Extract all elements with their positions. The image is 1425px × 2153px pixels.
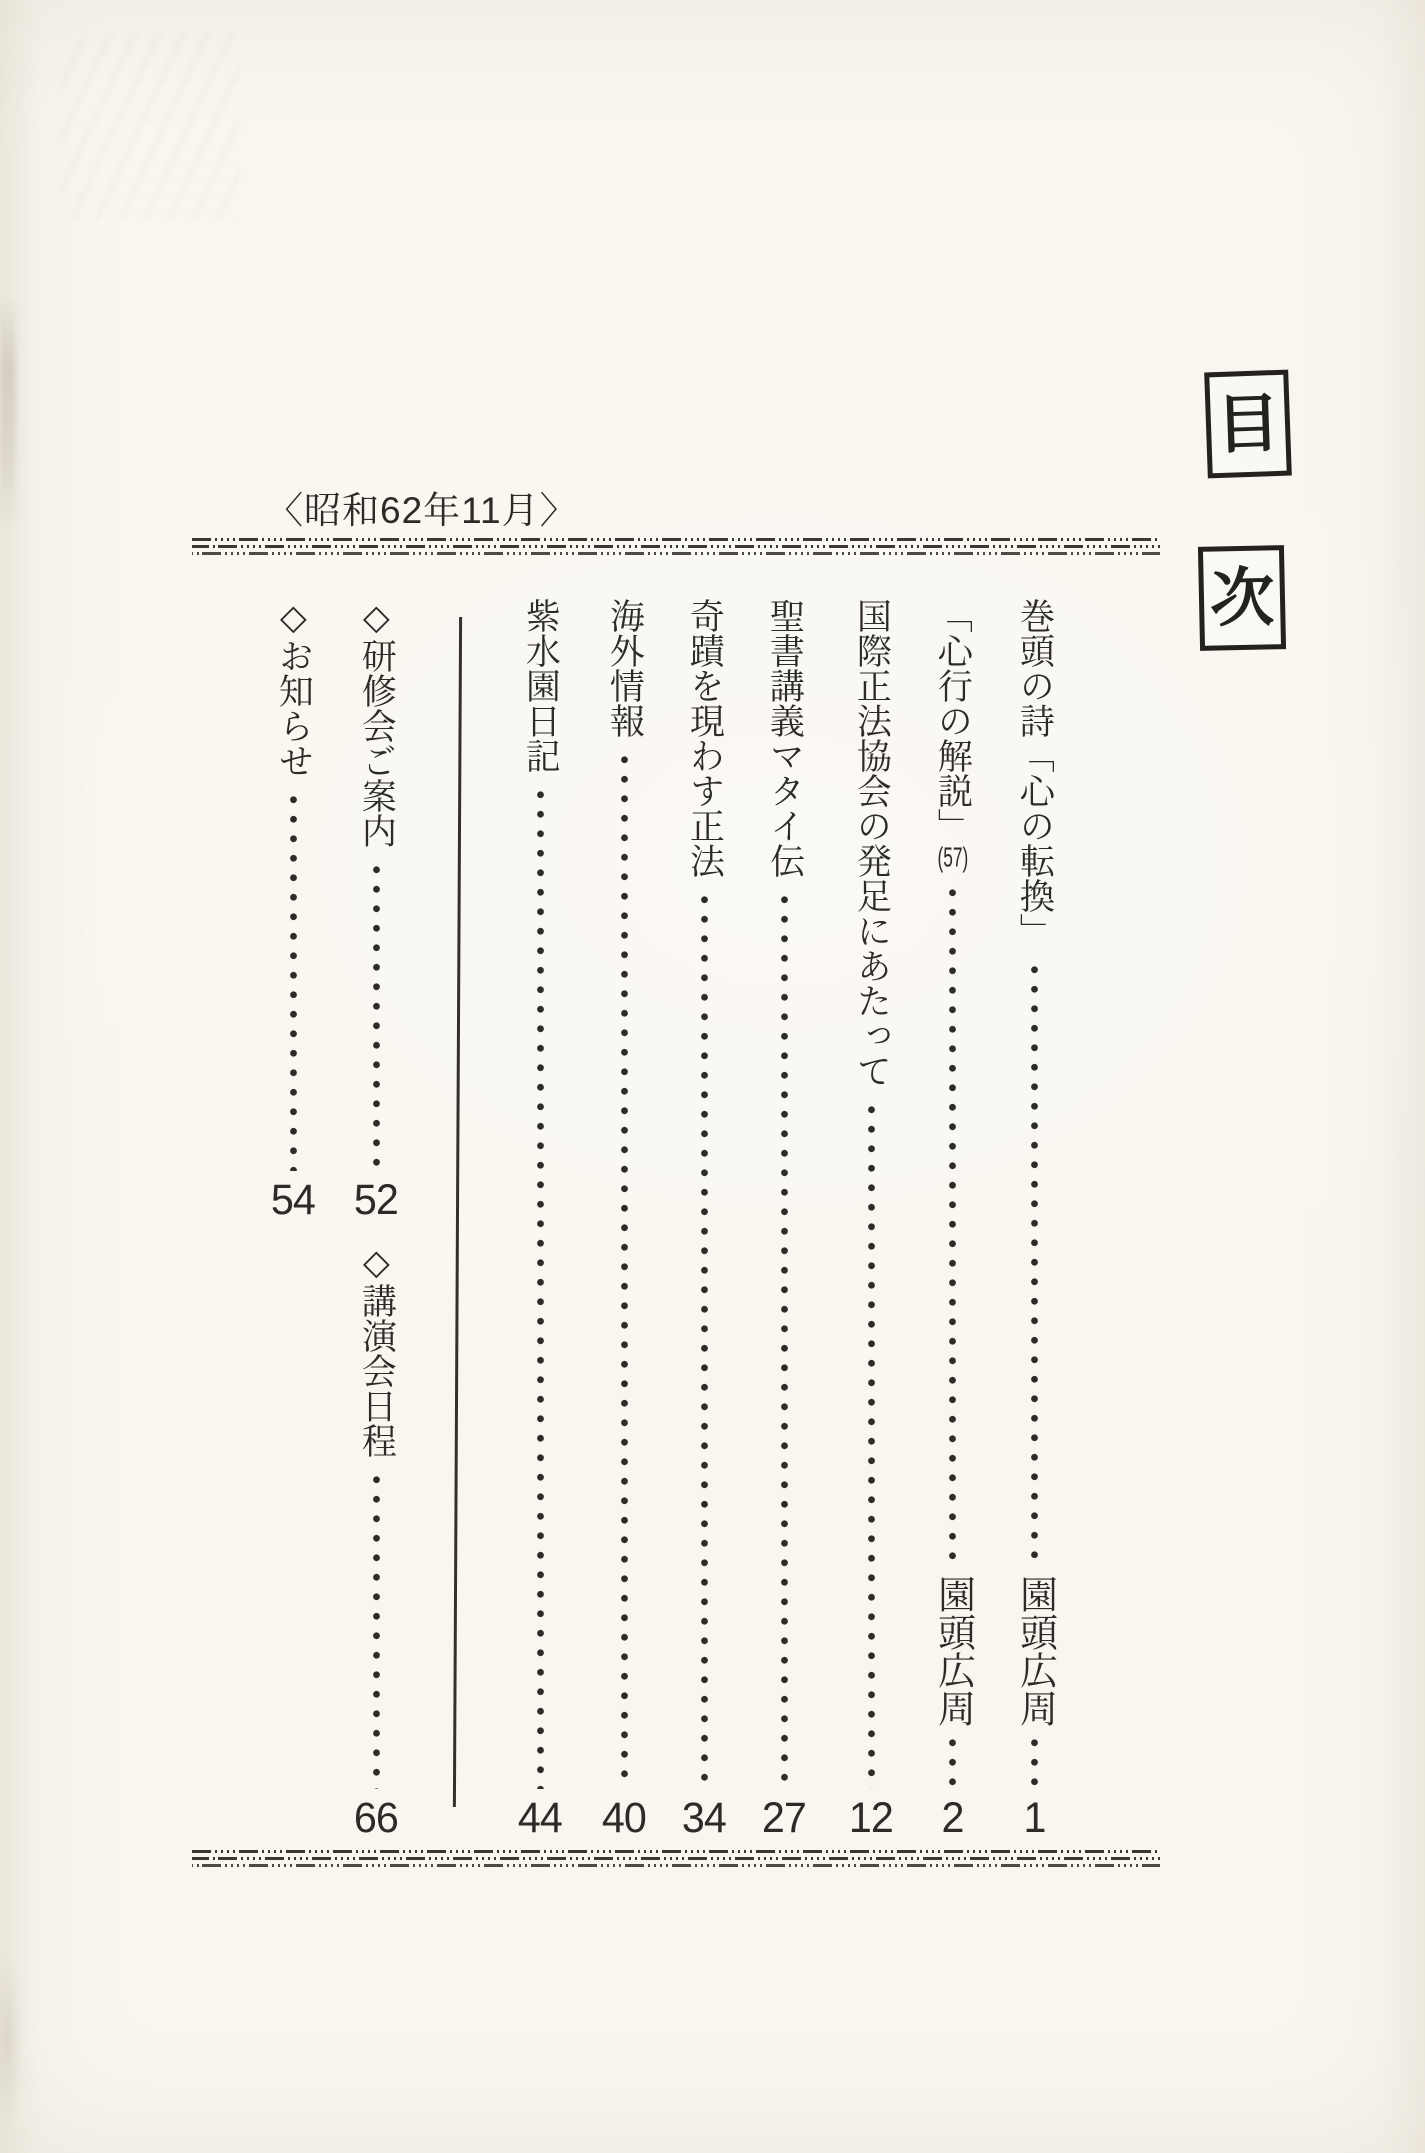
dot-leader bbox=[536, 785, 545, 1789]
dot-leader bbox=[1030, 1733, 1039, 1791]
bottom-decorative-rule bbox=[192, 1850, 1160, 1871]
entry-author: 園頭広周 bbox=[1013, 1575, 1054, 1727]
scan-artifact bbox=[60, 30, 240, 220]
toc-entry: 海外情報 40 bbox=[596, 598, 652, 1840]
entry-title-text: 国際正法協会の発足にあたって bbox=[852, 598, 891, 1088]
toc-entry: 「心行の解説」(57) 園頭広周 2 bbox=[924, 598, 980, 1840]
toc-entry: ◇講演会日程 66 bbox=[348, 1243, 404, 1840]
entry-author: 園頭広周 bbox=[931, 1575, 972, 1727]
section-divider-line bbox=[453, 617, 462, 1807]
dot-leader bbox=[867, 1100, 876, 1789]
toc-entry: 奇蹟を現わす正法 34 bbox=[676, 598, 732, 1840]
entry-title: ◇講演会日程 bbox=[358, 1243, 395, 1458]
entry-title: ◇お知らせ bbox=[275, 598, 312, 778]
dot-leader bbox=[948, 1733, 957, 1791]
entry-page-number: 2 bbox=[941, 1797, 963, 1840]
dot-leader bbox=[372, 860, 381, 1171]
entry-installment-number: (57) bbox=[937, 843, 968, 871]
entry-title: 聖書講義マタイ伝 bbox=[766, 598, 803, 878]
entry-title: ◇研修会ご案内 bbox=[358, 598, 395, 848]
entry-page-number: 34 bbox=[682, 1797, 726, 1840]
page-title-box-me: 目 bbox=[1204, 370, 1292, 479]
entry-title-text: 巻頭の詩「心の転換」 bbox=[1015, 598, 1054, 948]
entry-page-number: 27 bbox=[762, 1797, 806, 1840]
page-title-box-ji: 次 bbox=[1198, 545, 1286, 651]
toc-entry: 紫水園日記 44 bbox=[512, 598, 568, 1840]
entry-title: 国際正法協会の発足にあたって bbox=[853, 598, 890, 1088]
scan-artifact bbox=[0, 295, 16, 530]
entry-title: 巻頭の詩「心の転換」 bbox=[1016, 598, 1053, 948]
entry-title: 「心行の解説」(57) bbox=[934, 598, 971, 871]
issue-date: 〈昭和62年11月〉 bbox=[266, 480, 578, 534]
page-title-char: 次 bbox=[1209, 565, 1274, 630]
entry-page-number: 12 bbox=[849, 1797, 893, 1840]
toc-entry: 聖書講義マタイ伝 27 bbox=[756, 598, 812, 1840]
dot-leader bbox=[948, 883, 957, 1567]
entry-title: 奇蹟を現わす正法 bbox=[686, 598, 723, 878]
entry-title-text: 紫水園日記 bbox=[521, 598, 560, 773]
entry-title: 海外情報 bbox=[606, 598, 643, 738]
entry-title-text: 「心行の解説」 bbox=[933, 598, 972, 843]
dot-leader bbox=[1030, 960, 1039, 1567]
scan-artifact bbox=[0, 1950, 22, 2130]
toc-entry: 巻頭の詩「心の転換」 園頭広周 1 bbox=[1006, 598, 1062, 1840]
dot-leader bbox=[620, 750, 629, 1789]
dot-leader bbox=[780, 890, 789, 1789]
entry-page-number: 52 bbox=[354, 1179, 398, 1222]
toc-entry: ◇お知らせ 54 bbox=[265, 598, 321, 1222]
entry-title-text: 海外情報 bbox=[605, 598, 644, 738]
entry-page-number: 40 bbox=[602, 1797, 646, 1840]
entry-title: 紫水園日記 bbox=[522, 598, 559, 773]
entry-page-number: 44 bbox=[518, 1797, 562, 1840]
entry-page-number: 54 bbox=[271, 1179, 315, 1222]
entry-title-text: ◇研修会ご案内 bbox=[357, 598, 396, 848]
entry-title-text: ◇お知らせ bbox=[274, 598, 313, 778]
dot-leader bbox=[289, 790, 298, 1171]
entry-page-number: 1 bbox=[1023, 1797, 1045, 1840]
entry-title-text: 聖書講義マタイ伝 bbox=[765, 598, 804, 878]
entry-page-number: 66 bbox=[354, 1797, 398, 1840]
dot-leader bbox=[700, 890, 709, 1789]
scanned-page: 目 次 〈昭和62年11月〉 巻頭の詩「心の転換」 園頭広周 1 「心行の解説」… bbox=[0, 0, 1425, 2153]
page-title-char: 目 bbox=[1215, 391, 1281, 457]
top-decorative-rule bbox=[192, 538, 1160, 559]
entry-title-text: ◇講演会日程 bbox=[357, 1243, 396, 1458]
dot-leader bbox=[372, 1470, 381, 1789]
toc-entry: ◇研修会ご案内 52 bbox=[348, 598, 404, 1222]
toc-entry: 国際正法協会の発足にあたって 12 bbox=[843, 598, 899, 1840]
entry-title-text: 奇蹟を現わす正法 bbox=[685, 598, 724, 878]
